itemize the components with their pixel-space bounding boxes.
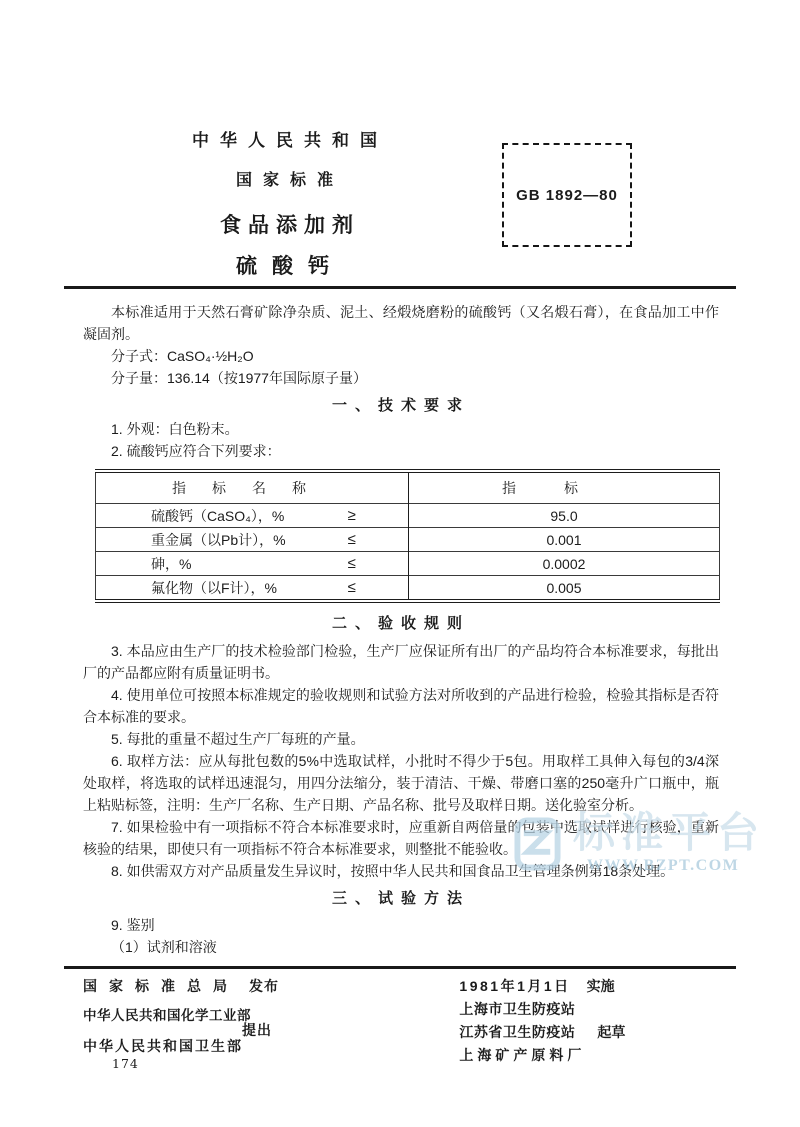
- standard-code: GB 1892—80: [516, 187, 618, 204]
- tech-item-appearance: 1. 外观：白色粉末。: [111, 418, 719, 440]
- spec-value: 95.0: [409, 504, 720, 528]
- table-row: 氟化物（以F计），% ≤ 0.005: [96, 576, 720, 602]
- table-row: 砷，% ≤ 0.0002: [96, 552, 720, 576]
- table-row: 重金属（以Pb计），% ≤ 0.001: [96, 528, 720, 552]
- drafter-org-1: 上海市卫生防疫站: [459, 998, 719, 1021]
- document-body: 本标准适用于天然石膏矿除净杂质、泥土、经煅烧磨粉的硫酸钙（又名煅石膏），在食品加…: [83, 301, 719, 1067]
- section-heading-technical-requirements: 一、技术要求: [83, 395, 719, 417]
- implementation-role: 实施: [587, 978, 615, 994]
- section-heading-acceptance-rules: 二、验收规则: [83, 613, 719, 635]
- spec-relation: ≤: [296, 528, 409, 552]
- header-divider: [64, 286, 736, 289]
- standard-code-box: GB 1892—80: [502, 143, 632, 247]
- scope-paragraph: 本标准适用于天然石膏矿除净杂质、泥土、经煅烧磨粉的硫酸钙（又名煅石膏），在食品加…: [83, 301, 719, 345]
- page-number: 174: [112, 1056, 139, 1071]
- acceptance-paragraph-4: 4. 使用单位可按照本标准规定的验收规则和试验方法对所收到的产品进行检验，检验其…: [83, 684, 719, 728]
- publisher-org: 国家标准总局: [83, 978, 239, 994]
- spec-relation: ≤: [296, 576, 409, 602]
- footer-divider: [64, 966, 736, 969]
- spec-value: 0.005: [409, 576, 720, 602]
- document-title-line1: 食品添加剂: [90, 209, 490, 239]
- molecular-weight: 分子量：136.14（按1977年国际原子量）: [111, 367, 719, 389]
- spec-name: 氟化物（以F计），%: [96, 576, 296, 602]
- acceptance-paragraph-8: 8. 如供需双方对产品质量发生异议时，按照中华人民共和国食品卫生管理条例第18条…: [83, 860, 719, 882]
- test-item-identification: 9. 鉴别: [111, 914, 719, 936]
- acceptance-paragraph-5: 5. 每批的重量不超过生产厂每班的产量。: [83, 728, 719, 750]
- footer-left-column: 国家标准总局发布 中华人民共和国化学工业部 中华人民共和国卫生部 提出: [83, 975, 442, 1067]
- spec-relation: ≤: [296, 552, 409, 576]
- document-header: 中华人民共和国 国家标准 食品添加剂 硫酸钙: [90, 126, 490, 280]
- tech-item-requirements: 2. 硫酸钙应符合下列要求：: [111, 440, 719, 462]
- proposer-role: 提出: [242, 1019, 272, 1041]
- standard-type-title: 国家标准: [90, 167, 490, 190]
- spec-value: 0.0002: [409, 552, 720, 576]
- table-row: 硫酸钙（CaSO₄），% ≥ 95.0: [96, 504, 720, 528]
- document-page: 中华人民共和国 国家标准 食品添加剂 硫酸钙 GB 1892—80 本标准适用于…: [0, 0, 800, 1127]
- drafter-role: 起草: [597, 1024, 625, 1040]
- spec-name: 硫酸钙（CaSO₄），%: [96, 504, 296, 528]
- drafter-org-2: 江苏省卫生防疫站: [459, 1024, 575, 1040]
- document-footer: 国家标准总局发布 中华人民共和国化学工业部 中华人民共和国卫生部 提出 1981…: [83, 975, 719, 1067]
- spec-name: 重金属（以Pb计），%: [96, 528, 296, 552]
- spec-table-header-value: 指标: [409, 471, 720, 504]
- acceptance-paragraph-6: 6. 取样方法：应从每批包数的5%中选取试样，小批时不得少于5包。用取样工具伸入…: [83, 750, 719, 816]
- country-title: 中华人民共和国: [90, 126, 490, 151]
- document-title-line2: 硫酸钙: [90, 250, 490, 280]
- section-heading-test-methods: 三、试验方法: [83, 888, 719, 910]
- acceptance-paragraph-3: 3. 本品应由生产厂的技术检验部门检验，生产厂应保证所有出厂的产品均符合本标准要…: [83, 640, 719, 684]
- footer-right-column: 1981年1月1日实施 上海市卫生防疫站 江苏省卫生防疫站起草 上海矿产原料厂: [459, 975, 719, 1067]
- spec-table-header-row: 指标名称 指标: [96, 471, 720, 504]
- spec-name: 砷，%: [96, 552, 296, 576]
- test-item-reagents: （1）试剂和溶液: [111, 936, 719, 958]
- spec-relation: ≥: [296, 504, 409, 528]
- publisher-role: 发布: [249, 978, 279, 994]
- spec-table: 指标名称 指标 硫酸钙（CaSO₄），% ≥ 95.0 重金属（以Pb计），% …: [95, 469, 720, 603]
- spec-value: 0.001: [409, 528, 720, 552]
- drafter-org-3: 上海矿产原料厂: [459, 1044, 719, 1067]
- spec-table-header-name: 指标名称: [96, 471, 409, 504]
- molecular-formula: 分子式：CaSO₄·½H₂O: [111, 345, 719, 367]
- implementation-date: 1981年1月1日: [459, 978, 570, 994]
- acceptance-paragraph-7: 7. 如果检验中有一项指标不符合本标准要求时，应重新自两倍量的包装中选取试样进行…: [83, 816, 719, 860]
